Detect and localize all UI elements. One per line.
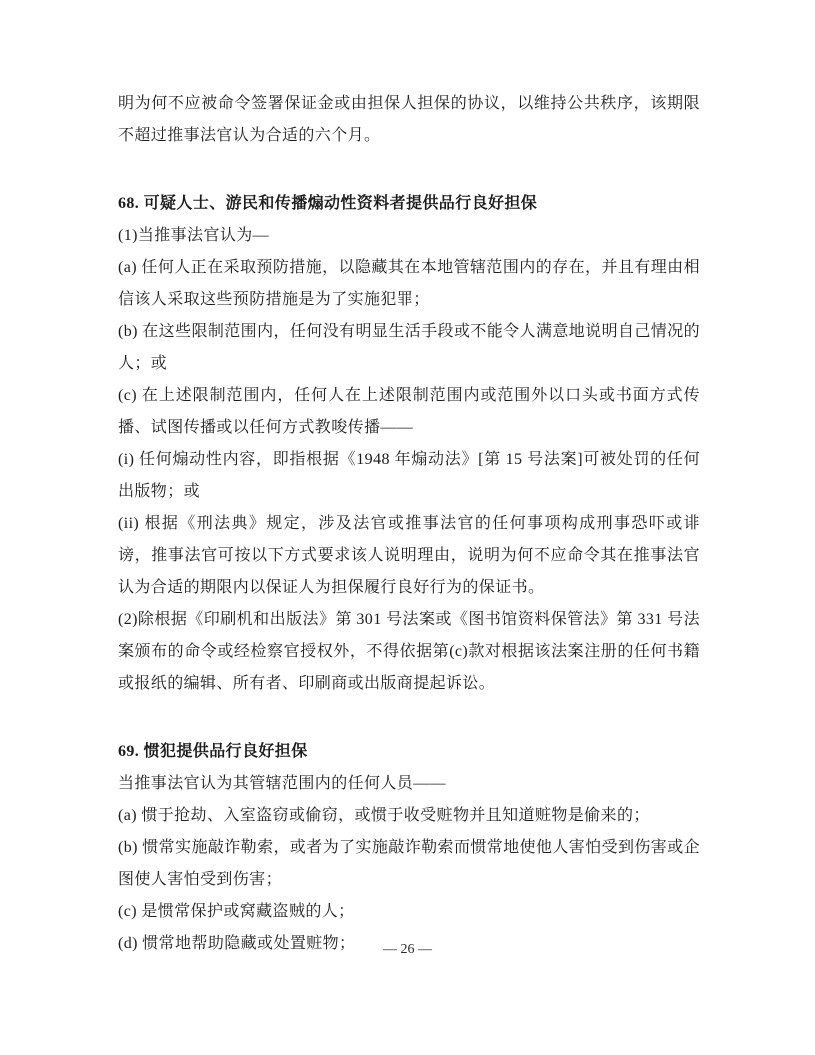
section-69-clause-c: (c) 是惯常保护或窝藏盗贼的人； xyxy=(118,896,700,928)
section-69-heading: 69. 惯犯提供品行良好担保 xyxy=(118,736,700,768)
section-68-clause-1c: (c) 在上述限制范围内，任何人在上述限制范围内或范围外以口头或书面方式传播、试… xyxy=(118,380,700,444)
section-68-clause-1c-i: (i) 任何煽动性内容，即指根据《1948 年煽动法》[第 15 号法案]可被处… xyxy=(118,444,700,508)
section-69-intro: 当推事法官认为其管辖范围内的任何人员—— xyxy=(118,768,700,800)
section-68-clause-1c-ii: (ii) 根据《刑法典》规定，涉及法官或推事法官的任何事项构成刑事恐吓或诽谤，推… xyxy=(118,508,700,604)
document-page: 明为何不应被命令签署保证金或由担保人担保的协议，以维持公共秩序，该期限不超过推事… xyxy=(0,0,815,1055)
document-content: 明为何不应被命令签署保证金或由担保人担保的协议，以维持公共秩序，该期限不超过推事… xyxy=(0,0,815,960)
continuation-paragraph: 明为何不应被命令签署保证金或由担保人担保的协议，以维持公共秩序，该期限不超过推事… xyxy=(118,88,700,152)
section-68-heading: 68. 可疑人士、游民和传播煽动性资料者提供品行良好担保 xyxy=(118,188,700,220)
section-68-clause-2: (2)除根据《印刷机和出版法》第 301 号法案或《图书馆资料保管法》第 331… xyxy=(118,604,700,700)
section-68-clause-1a: (a) 任何人正在采取预防措施，以隐藏其在本地管辖范围内的存在，并且有理由相信该… xyxy=(118,252,700,316)
section-68-clause-1b: (b) 在这些限制范围内，任何没有明显生活手段或不能令人满意地说明自己情况的人；… xyxy=(118,316,700,380)
section-68-clause-1: (1)当推事法官认为— xyxy=(118,220,700,252)
section-69-clause-b: (b) 惯常实施敲诈勒索，或者为了实施敲诈勒索而惯常地使他人害怕受到伤害或企图使… xyxy=(118,832,700,896)
section-69-clause-a: (a) 惯于抢劫、入室盗窃或偷窃，或惯于收受赃物并且知道赃物是偷来的； xyxy=(118,800,700,832)
page-number: — 26 — xyxy=(0,941,815,959)
